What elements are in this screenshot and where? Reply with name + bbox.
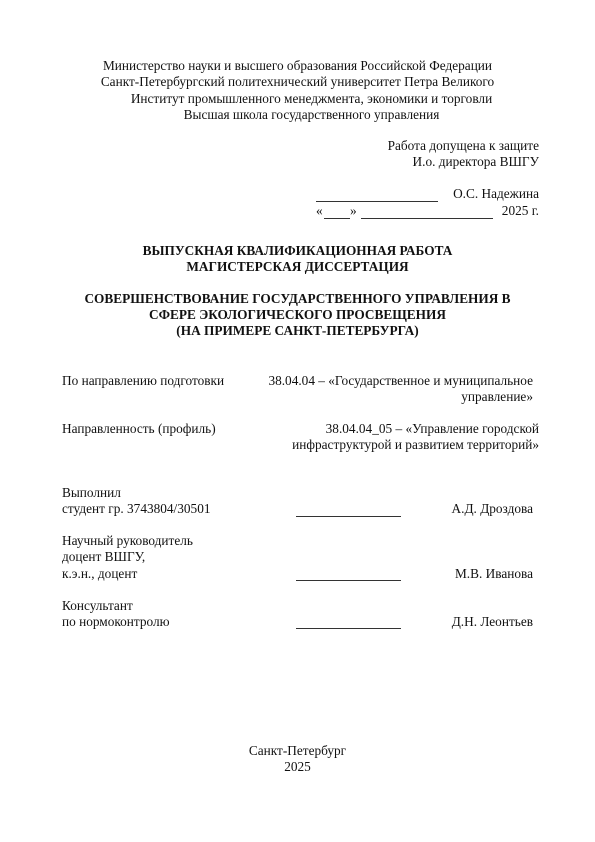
supervisor-signature-line bbox=[296, 580, 401, 581]
supervisor-name: М.В. Иванова bbox=[455, 566, 533, 582]
student-signature-line bbox=[296, 516, 401, 517]
work-type-line1: ВЫПУСКНАЯ КВАЛИФИКАЦИОННАЯ РАБОТА bbox=[0, 243, 595, 259]
approval-line: Работа допущена к защите bbox=[388, 138, 539, 154]
school-line: Высшая школа государственного управления bbox=[0, 107, 595, 123]
date-open-quote: « bbox=[316, 203, 323, 219]
profile-label: Направленность (профиль) bbox=[62, 421, 216, 437]
approver-name: О.С. Надежина bbox=[453, 186, 539, 202]
supervisor-role-line3: к.э.н., доцент bbox=[62, 566, 137, 582]
ministry-line: Министерство науки и высшего образования… bbox=[0, 58, 595, 74]
institute-line: Институт промышленного менеджмента, экон… bbox=[0, 91, 595, 107]
student-role-line2: студент гр. 3743804/30501 bbox=[62, 501, 211, 517]
topic-line2: СФЕРЕ ЭКОЛОГИЧЕСКОГО ПРОСВЕЩЕНИЯ bbox=[0, 307, 595, 323]
footer-year: 2025 bbox=[0, 759, 595, 775]
approver-signature-line bbox=[316, 201, 438, 202]
profile-value-line2: инфраструктурой и развитием территорий» bbox=[292, 437, 539, 453]
topic-line1: СОВЕРШЕНСТВОВАНИЕ ГОСУДАРСТВЕННОГО УПРАВ… bbox=[0, 291, 595, 307]
consultant-role-line2: по нормоконтролю bbox=[62, 614, 170, 630]
approver-title: И.о. директора ВШГУ bbox=[413, 154, 539, 170]
approval-year: 2025 г. bbox=[502, 203, 539, 219]
date-close-quote: » bbox=[350, 203, 357, 219]
profile-value-line1: 38.04.04_05 – «Управление городской bbox=[326, 421, 539, 437]
direction-value-line1: 38.04.04 – «Государственное и муниципаль… bbox=[268, 373, 533, 389]
date-day-line bbox=[324, 218, 350, 219]
date-month-line bbox=[361, 218, 493, 219]
work-type-line2: МАГИСТЕРСКАЯ ДИССЕРТАЦИЯ bbox=[0, 259, 595, 275]
supervisor-role-line2: доцент ВШГУ, bbox=[62, 549, 145, 565]
supervisor-role-line1: Научный руководитель bbox=[62, 533, 193, 549]
consultant-role-line1: Консультант bbox=[62, 598, 133, 614]
direction-label: По направлению подготовки bbox=[62, 373, 224, 389]
direction-value-line2: управление» bbox=[461, 389, 533, 405]
university-line: Санкт-Петербургский политехнический унив… bbox=[0, 74, 595, 90]
footer-city: Санкт-Петербург bbox=[0, 743, 595, 759]
consultant-name: Д.Н. Леонтьев bbox=[452, 614, 533, 630]
student-role-line1: Выполнил bbox=[62, 485, 121, 501]
topic-line3: (НА ПРИМЕРЕ САНКТ-ПЕТЕРБУРГА) bbox=[0, 323, 595, 339]
student-name: А.Д. Дроздова bbox=[452, 501, 533, 517]
consultant-signature-line bbox=[296, 628, 401, 629]
